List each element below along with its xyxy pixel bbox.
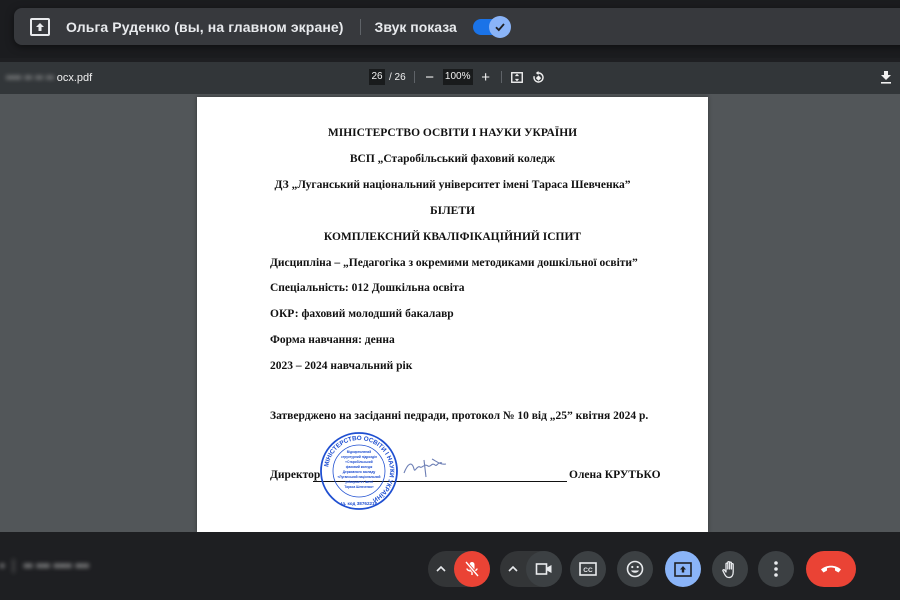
rotate-button[interactable] xyxy=(532,69,546,85)
present-group xyxy=(665,551,701,587)
doc-tickets-title: БІЛЕТИ xyxy=(197,205,708,217)
file-name-blurred: •••• •• •• •• xyxy=(6,72,54,84)
svg-text:«Старобільський: «Старобільський xyxy=(345,460,372,464)
banner-divider xyxy=(360,19,361,35)
doc-okr: ОКР: фаховий молодший бакалавр xyxy=(270,308,454,320)
official-stamp: МІНІСТЕРСТВО ОСВІТИ І НАУКИ УКРАЇНИ Відо… xyxy=(319,431,399,511)
pdf-page: МІНІСТЕРСТВО ОСВІТИ І НАУКИ УКРАЇНИ ВСП … xyxy=(197,97,708,532)
rotate-icon xyxy=(532,71,545,84)
presentation-sound-label: Звук показа xyxy=(375,19,457,35)
download-button[interactable] xyxy=(880,70,894,86)
meeting-code: •• ••• •••• ••• xyxy=(24,558,89,573)
svg-text:CC: CC xyxy=(583,567,593,574)
meeting-time: • xyxy=(0,558,5,573)
check-icon xyxy=(494,21,506,33)
page-number-input[interactable]: 26 xyxy=(369,69,385,85)
svg-text:Ід. код 38762218: Ід. код 38762218 xyxy=(341,501,378,506)
zoom-level-input[interactable]: 100% xyxy=(443,69,473,85)
more-options-button[interactable] xyxy=(758,551,794,587)
leave-call-button[interactable] xyxy=(806,551,856,587)
pdf-controls: 26 / 26 − 100% + xyxy=(369,69,546,85)
zoom-in-button[interactable]: + xyxy=(479,69,493,85)
mic-pill xyxy=(428,551,490,587)
raise-hand-button[interactable] xyxy=(712,551,748,587)
hand-icon xyxy=(722,560,738,579)
toggle-knob xyxy=(489,16,511,38)
doc-university: ДЗ „Луганський національний університет … xyxy=(197,179,708,191)
call-end-icon xyxy=(820,564,842,574)
download-icon xyxy=(880,70,892,84)
toolbar-divider xyxy=(414,71,415,83)
meeting-info-divider xyxy=(13,559,14,573)
doc-college: ВСП „Старобільський фаховий коледж xyxy=(197,153,708,165)
fit-to-page-button[interactable] xyxy=(510,69,524,85)
captions-group: CC xyxy=(570,551,606,587)
camera-control-group xyxy=(500,551,562,587)
svg-text:університет імені: університет імені xyxy=(345,480,373,484)
doc-approved: Затверджено на засіданні педради, проток… xyxy=(270,410,648,422)
presenting-banner: Ольга Руденко (вы, на главном экране) Зв… xyxy=(14,8,900,45)
svg-text:Відокремлений: Відокремлений xyxy=(347,450,371,454)
zoom-out-button[interactable]: − xyxy=(423,69,437,85)
pdf-toolbar: •••• •• •• •• ocx.pdf 26 / 26 − 100% + xyxy=(0,62,900,94)
doc-exam-title: КОМПЛЕКСНИЙ КВАЛІФІКАЦІЙНИЙ ІСПИТ xyxy=(197,231,708,243)
more-vert-icon xyxy=(774,561,778,577)
emoji-icon xyxy=(626,560,644,578)
videocam-icon xyxy=(535,562,553,576)
doc-director-name: Олена КРУТЬКО xyxy=(569,469,661,481)
doc-discipline: Дисципліна – „Педагогіка з окремими мето… xyxy=(270,257,638,269)
mic-control-group xyxy=(428,551,490,587)
fit-page-icon xyxy=(511,72,523,83)
presenter-label: Ольга Руденко (вы, на главном экране) xyxy=(66,19,344,35)
camera-pill xyxy=(500,551,562,587)
microphone-button[interactable] xyxy=(454,551,490,587)
reactions-group xyxy=(617,551,653,587)
present-to-all-icon xyxy=(30,18,50,36)
pdf-viewport[interactable]: МІНІСТЕРСТВО ОСВІТИ І НАУКИ УКРАЇНИ ВСП … xyxy=(0,94,900,532)
camera-button[interactable] xyxy=(526,551,562,587)
file-name-suffix: ocx.pdf xyxy=(57,72,92,84)
svg-text:структурний підрозділ: структурний підрозділ xyxy=(341,455,377,459)
doc-study-form: Форма навчання: денна xyxy=(270,334,395,346)
leave-call-group xyxy=(806,551,856,587)
svg-text:Тараса Шевченка»: Тараса Шевченка» xyxy=(344,485,374,489)
reactions-button[interactable] xyxy=(617,551,653,587)
doc-ministry: МІНІСТЕРСТВО ОСВІТИ І НАУКИ УКРАЇНИ xyxy=(197,127,708,139)
camera-options-button[interactable] xyxy=(500,551,526,587)
top-band: Ольга Руденко (вы, на главном экране) Зв… xyxy=(0,0,900,58)
present-button[interactable] xyxy=(665,551,701,587)
mic-options-button[interactable] xyxy=(428,551,454,587)
pdf-file-name: •••• •• •• •• ocx.pdf xyxy=(6,72,92,84)
meet-window: Ольга Руденко (вы, на главном экране) Зв… xyxy=(0,0,900,600)
svg-text:фаховий коледж: фаховий коледж xyxy=(346,465,373,469)
chevron-up-icon xyxy=(508,566,518,572)
director-signature xyxy=(402,457,450,479)
doc-specialty: Спеціальність: 012 Дошкільна освіта xyxy=(270,282,465,294)
svg-text:Державного закладу: Державного закладу xyxy=(343,470,376,474)
present-to-all-icon xyxy=(674,562,692,577)
doc-academic-year: 2023 – 2024 навчальний рік xyxy=(270,360,412,372)
svg-text:«Луганський національний: «Луганський національний xyxy=(338,475,381,479)
mic-off-icon xyxy=(464,560,480,578)
page-total: / 26 xyxy=(389,72,406,83)
presentation-sound-toggle[interactable] xyxy=(473,19,507,35)
meeting-controls-bar: • •• ••• •••• ••• xyxy=(0,532,900,600)
captions-button[interactable]: CC xyxy=(570,551,606,587)
more-options-group xyxy=(758,551,794,587)
meeting-info: • •• ••• •••• ••• xyxy=(0,558,89,573)
doc-director-label: Директор xyxy=(270,469,320,481)
chevron-up-icon xyxy=(436,566,446,572)
toolbar-divider xyxy=(501,71,502,83)
raise-hand-group xyxy=(712,551,748,587)
closed-caption-icon: CC xyxy=(579,562,597,576)
